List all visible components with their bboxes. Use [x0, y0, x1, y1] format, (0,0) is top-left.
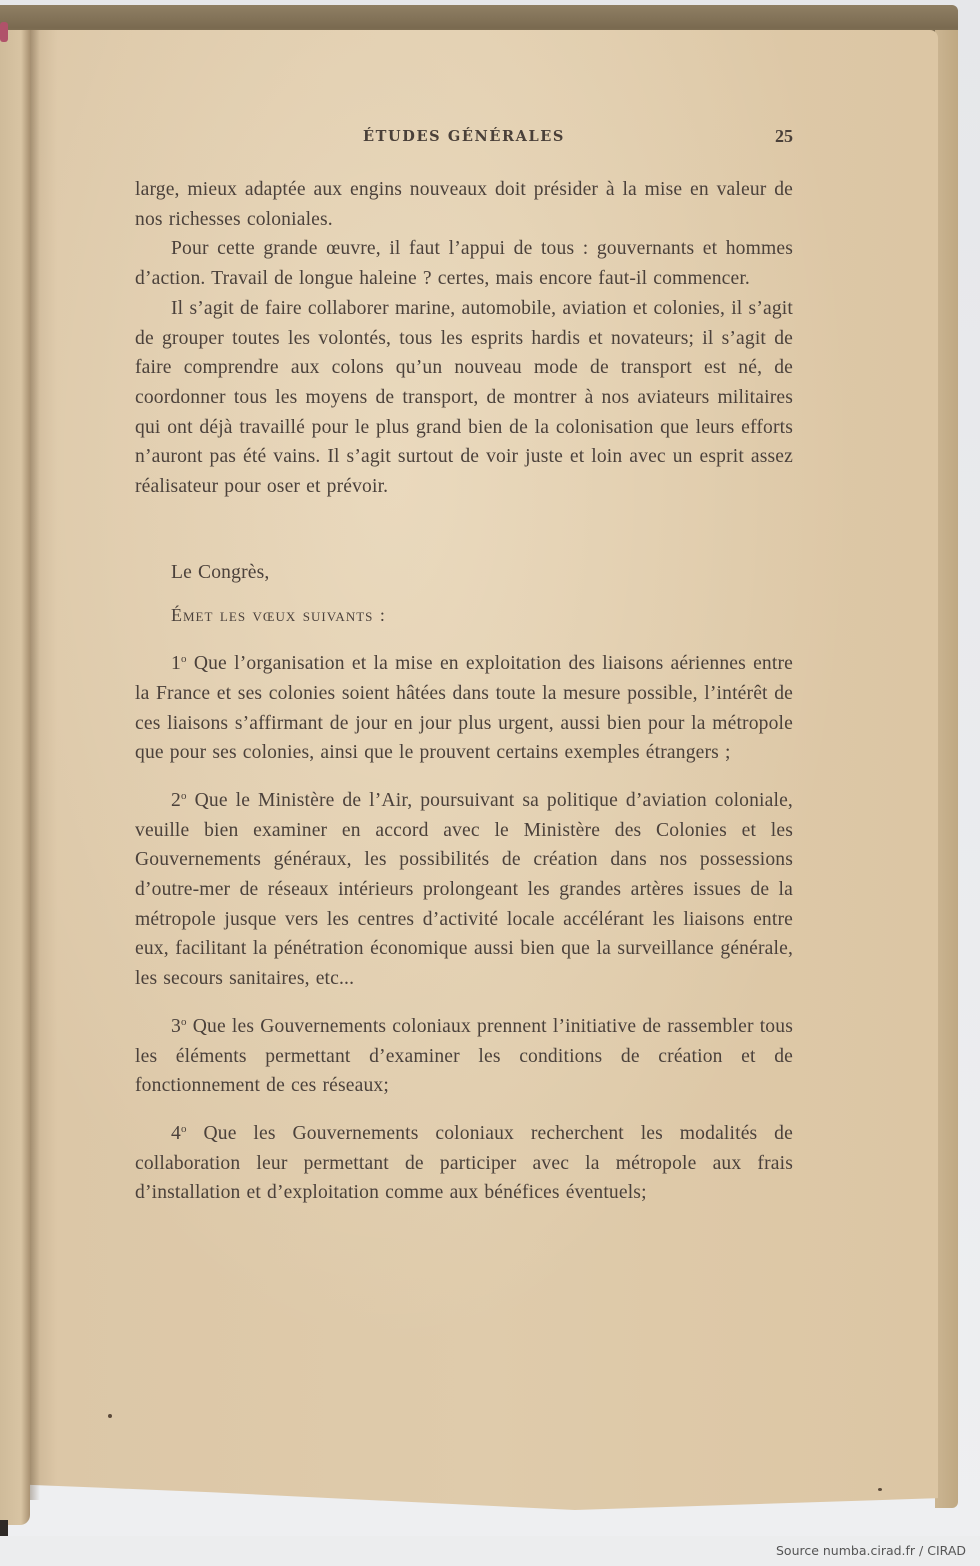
spacer: [135, 768, 793, 782]
binding-edge: [0, 1520, 8, 1536]
ordinal-mark: o: [181, 1016, 187, 1028]
wish-item-3: 3o Que les Gouvernements coloniaux prenn…: [135, 1008, 793, 1101]
spacer: [135, 502, 793, 558]
spacer: [135, 1101, 793, 1115]
paper-speck: [878, 1488, 882, 1491]
wish-number: 2: [171, 790, 181, 811]
wish-item-2: 2o Que le Ministère de l’Air, poursuivan…: [135, 782, 793, 994]
ordinal-mark: o: [181, 1123, 187, 1135]
wishes-heading: Émet les vœux suivants :: [135, 601, 793, 631]
wish-text: Que les Gouvernements coloniaux recherch…: [135, 1123, 793, 1203]
ordinal-mark: o: [181, 653, 187, 665]
paragraph: large, mieux adaptée aux engins nouveaux…: [135, 175, 793, 234]
wish-item-1: 1o Que l’organisation et la mise en expl…: [135, 645, 793, 768]
ordinal-mark: o: [181, 790, 187, 802]
paper-speck: [108, 1414, 112, 1418]
wish-item-4: 4o Que les Gouvernements coloniaux reche…: [135, 1115, 793, 1208]
page-number: 25: [775, 126, 793, 147]
running-title: ÉTUDES GÉNÉRALES: [135, 128, 793, 145]
wish-text: Que les Gouvernements coloniaux prennent…: [135, 1016, 793, 1096]
wish-number: 3: [171, 1016, 181, 1037]
wish-number: 1: [171, 653, 181, 674]
spacer: [135, 994, 793, 1008]
gutter-shadow: [30, 30, 40, 1500]
body-text: large, mieux adaptée aux engins nouveaux…: [135, 175, 793, 1208]
running-head: ÉTUDES GÉNÉRALES 25: [135, 128, 793, 152]
paragraph: Il s’agit de faire collaborer marine, au…: [135, 294, 793, 502]
spacer: [135, 587, 793, 601]
spacer: [135, 631, 793, 645]
wish-number: 4: [171, 1123, 181, 1144]
congress-heading: Le Congrès,: [135, 558, 793, 588]
source-credit: Source numba.cirad.fr / CIRAD: [776, 1543, 966, 1558]
wish-text: Que le Ministère de l’Air, poursuivant s…: [135, 790, 793, 989]
paragraph: Pour cette grande œuvre, il faut l’appui…: [135, 234, 793, 293]
ribbon-marker: [0, 22, 8, 42]
wish-text: Que l’organisation et la mise en exploit…: [135, 653, 793, 763]
left-page-edge: [0, 30, 30, 1525]
book-right-edge: [935, 30, 958, 1508]
